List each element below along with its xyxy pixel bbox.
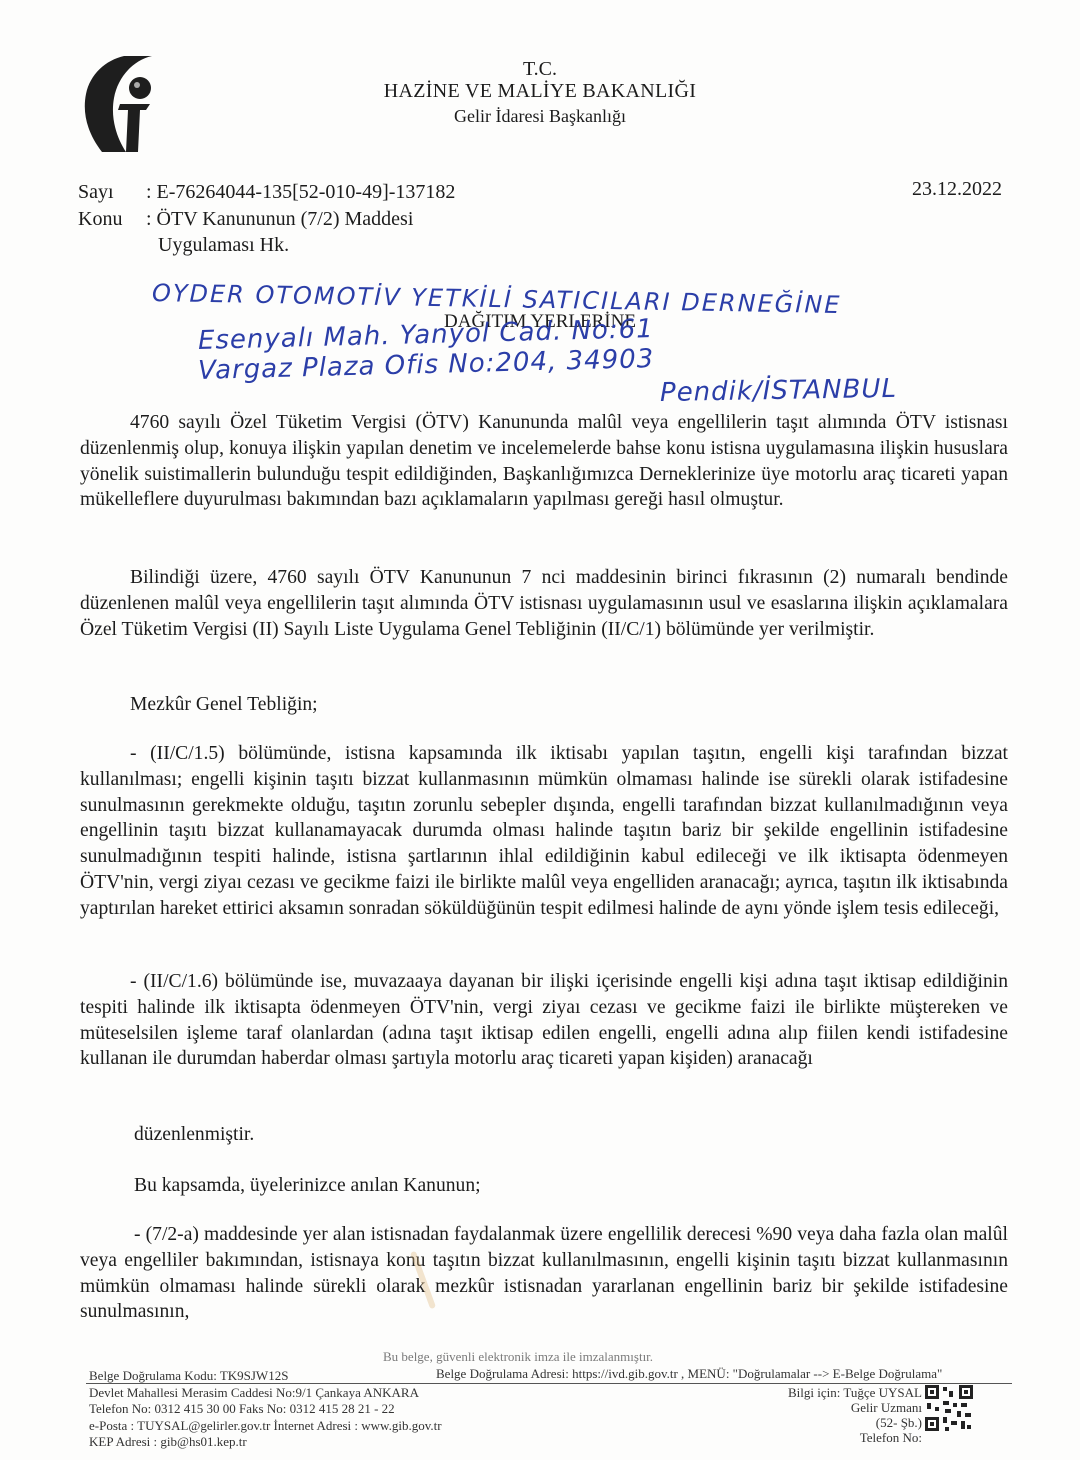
footer-address: Devlet Mahallesi Merasim Caddesi No:9/1 … <box>89 1385 419 1400</box>
sayi-label: Sayı <box>78 181 146 204</box>
qr-code-icon <box>925 1385 973 1431</box>
sayi-row: Sayı: E-76264044-135[52-010-49]-137182 <box>78 181 455 204</box>
contact-phone: Telefon No: <box>788 1430 922 1445</box>
footer-divider <box>86 1383 1012 1384</box>
paragraph-3-text: Mezkûr Genel Tebliğin; <box>130 694 318 715</box>
paragraph-8-text: - (7/2-a) maddesinde yer alan istisnadan… <box>80 1224 1008 1322</box>
contact-name: Bilgi için: Tuğçe UYSAL <box>788 1385 922 1400</box>
paragraph-5: - (II/C/1.6) bölümünde ise, muvazaaya da… <box>80 969 1008 1072</box>
document-date: 23.12.2022 <box>912 178 1002 201</box>
header-ministry: HAZİNE VE MALİYE BAKANLIĞI <box>330 80 750 103</box>
konu-label: Konu <box>78 208 146 231</box>
paragraph-6-text: düzenlenmiştir. <box>134 1124 254 1145</box>
paragraph-6: düzenlenmiştir. <box>80 1122 1008 1148</box>
footer-email-web[interactable]: e-Posta : TUYSAL@gelirler.gov.tr İnterne… <box>89 1418 442 1433</box>
header-department: Gelir İdaresi Başkanlığı <box>330 106 750 127</box>
paragraph-7: Bu kapsamda, üyelerinizce anılan Kanunun… <box>80 1173 1008 1199</box>
paragraph-7-text: Bu kapsamda, üyelerinizce anılan Kanunun… <box>134 1175 481 1196</box>
konu-value-continued: Uygulaması Hk. <box>158 234 289 257</box>
footer-phone-fax: Telefon No: 0312 415 30 00 Faks No: 0312… <box>89 1401 395 1416</box>
paragraph-1-text: 4760 sayılı Özel Tüketim Vergisi (ÖTV) K… <box>80 412 1008 510</box>
footer-contact-info: Bilgi için: Tuğçe UYSAL Gelir Uzmanı (52… <box>788 1385 922 1445</box>
paragraph-8: - (7/2-a) maddesinde yer alan istisnadan… <box>80 1222 1008 1325</box>
paragraph-4: - (II/C/1.5) bölümünde, istisna kapsamın… <box>80 741 1008 922</box>
contact-unit: (52- Şb.) <box>788 1415 922 1430</box>
paragraph-5-text: - (II/C/1.6) bölümünde ise, muvazaaya da… <box>80 971 1008 1069</box>
paragraph-2-text: Bilindiği üzere, 4760 sayılı ÖTV Kanunun… <box>80 567 1008 640</box>
paragraph-4-text: - (II/C/1.5) bölümünde, istisna kapsamın… <box>80 743 1008 919</box>
paragraph-2: Bilindiği üzere, 4760 sayılı ÖTV Kanunun… <box>80 565 1008 642</box>
gib-logo-icon <box>74 54 156 154</box>
verification-code: Belge Doğrulama Kodu: TK9SJW12S <box>89 1368 288 1383</box>
verification-address-link[interactable]: Belge Doğrulama Adresi: https://ivd.gib.… <box>436 1366 942 1381</box>
konu-value: : ÖTV Kanununun (7/2) Maddesi <box>146 208 413 230</box>
e-signature-note: Bu belge, güvenli elektronik imza ile im… <box>383 1349 653 1365</box>
header-country: T.C. <box>330 58 750 81</box>
footer-kep: KEP Adresi : gib@hs01.kep.tr <box>89 1434 247 1449</box>
konu-row: Konu: ÖTV Kanununun (7/2) Maddesi <box>78 208 413 231</box>
paragraph-3: Mezkûr Genel Tebliğin; <box>80 692 1008 718</box>
handwritten-address-line-3: Pendik/İSTANBUL <box>660 374 897 408</box>
paragraph-1: 4760 sayılı Özel Tüketim Vergisi (ÖTV) K… <box>80 410 1008 513</box>
contact-title: Gelir Uzmanı <box>788 1400 922 1415</box>
sayi-value: : E-76264044-135[52-010-49]-137182 <box>146 181 455 203</box>
